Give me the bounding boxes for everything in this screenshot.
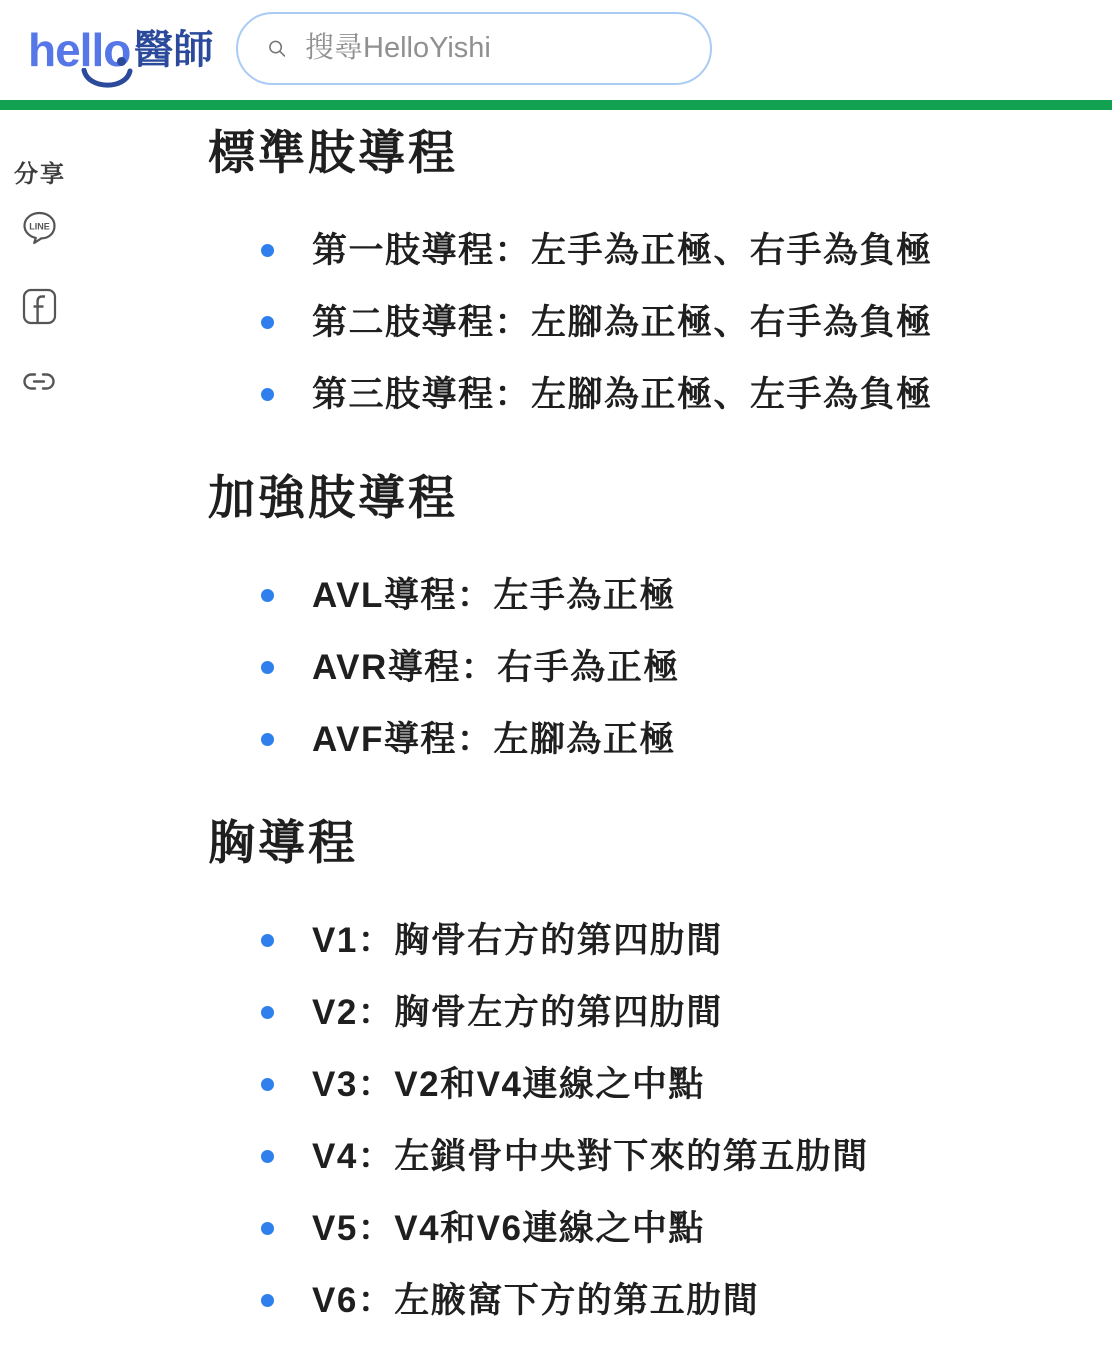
copy-link-button[interactable] — [22, 372, 56, 391]
facebook-share-button[interactable] — [22, 288, 57, 325]
list-item: V3：V2和V4連線之中點 — [312, 1049, 1052, 1121]
list-item: AVF導程：左腳為正極 — [312, 704, 1052, 776]
search-input[interactable] — [303, 31, 684, 66]
bullet-list: AVL導程：左手為正極 AVR導程：右手為正極 AVF導程：左腳為正極 — [208, 550, 1052, 776]
list-item: V4：左鎖骨中央對下來的第五肋間 — [312, 1121, 1052, 1193]
bullet-list: V1：胸骨右方的第四肋間 V2：胸骨左方的第四肋間 V3：V2和V4連線之中點 … — [208, 895, 1052, 1337]
logo-yishi-text: 醫師 — [133, 18, 213, 82]
section-chest-leads: 胸導程 V1：胸骨右方的第四肋間 V2：胸骨左方的第四肋間 V3：V2和V4連線… — [208, 816, 1052, 1337]
line-share-button[interactable]: LINE — [21, 210, 58, 245]
section-heading: 標準肢導程 — [208, 126, 1052, 179]
list-item: AVR導程：右手為正極 — [312, 632, 1052, 704]
search-icon — [268, 34, 287, 64]
section-heading: 胸導程 — [208, 816, 1052, 869]
list-item: V1：胸骨右方的第四肋間 — [312, 905, 1052, 977]
list-item: 第一肢導程：左手為正極、右手為負極 — [312, 215, 1052, 287]
section-standard-limb-leads: 標準肢導程 第一肢導程：左手為正極、右手為負極 第二肢導程：左腳為正極、右手為負… — [208, 126, 1052, 431]
section-heading: 加強肢導程 — [208, 471, 1052, 524]
svg-text:LINE: LINE — [29, 222, 50, 232]
list-item: 第二肢導程：左腳為正極、右手為負極 — [312, 287, 1052, 359]
list-item: V2：胸骨左方的第四肋間 — [312, 977, 1052, 1049]
list-item: V6：左腋窩下方的第五肋間 — [312, 1265, 1052, 1337]
section-augmented-limb-leads: 加強肢導程 AVL導程：左手為正極 AVR導程：右手為正極 AVF導程：左腳為正… — [208, 471, 1052, 776]
article-content: 標準肢導程 第一肢導程：左手為正極、右手為負極 第二肢導程：左腳為正極、右手為負… — [208, 126, 1052, 1337]
site-header: hello 醫師 — [0, 0, 1112, 100]
line-icon: LINE — [21, 210, 58, 245]
share-sidebar: 分享 LINE — [0, 0, 90, 400]
bullet-list: 第一肢導程：左手為正極、右手為負極 第二肢導程：左腳為正極、右手為負極 第三肢導… — [208, 205, 1052, 431]
facebook-icon — [22, 288, 57, 325]
search-bar — [236, 12, 712, 85]
brand-divider-bar — [0, 100, 1112, 110]
list-item: AVL導程：左手為正極 — [312, 560, 1052, 632]
list-item: V5：V4和V6連線之中點 — [312, 1193, 1052, 1265]
share-label: 分享 — [14, 154, 66, 189]
list-item: 第三肢導程：左腳為正極、左手為負極 — [312, 359, 1052, 431]
link-icon — [22, 372, 56, 391]
